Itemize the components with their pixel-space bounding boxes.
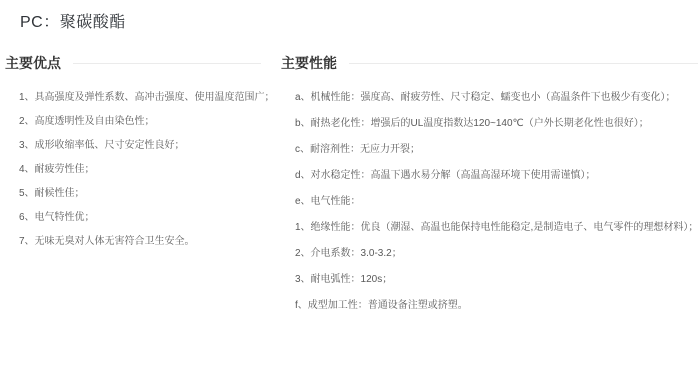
property-item: a、机械性能：强度高、耐疲劳性、尺寸稳定、蠕变也小（高温条件下也极少有变化）； bbox=[295, 92, 700, 104]
advantages-heading: 主要优点 bbox=[5, 53, 61, 73]
page: PC：聚碳酸酯 主要优点 1、具高强度及弹性系数、高冲击强度、使用温度范围广； … bbox=[0, 0, 700, 367]
advantages-list: 1、具高强度及弹性系数、高冲击强度、使用温度范围广； 2、高度透明性及自由染色性… bbox=[5, 92, 263, 248]
advantage-item: 2、高度透明性及自由染色性； bbox=[19, 116, 263, 128]
property-item: f、成型加工性：普通设备注塑或挤塑。 bbox=[295, 300, 700, 312]
advantage-item: 1、具高强度及弹性系数、高冲击强度、使用温度范围广； bbox=[19, 92, 263, 104]
section-divider-line bbox=[73, 63, 261, 64]
property-item: 1、绝缘性能：优良（潮湿、高温也能保持电性能稳定,是制造电子、电气零件的理想材料… bbox=[295, 222, 700, 234]
advantage-item: 3、成形收缩率低、尺寸安定性良好； bbox=[19, 140, 263, 152]
advantage-item: 6、电气特性优； bbox=[19, 212, 263, 224]
property-item: 3、耐电弧性：120s； bbox=[295, 274, 700, 286]
advantages-section: 主要优点 1、具高强度及弹性系数、高冲击强度、使用温度范围广； 2、高度透明性及… bbox=[5, 53, 263, 326]
property-item: d、对水稳定性：高温下遇水易分解（高温高湿环境下使用需谨慎）； bbox=[295, 170, 700, 182]
property-item: b、耐热老化性：增强后的UL温度指数达120~140℃（户外长期老化性也很好）； bbox=[295, 118, 700, 130]
advantage-item: 5、耐候性佳； bbox=[19, 188, 263, 200]
content-columns: 主要优点 1、具高强度及弹性系数、高冲击强度、使用温度范围广； 2、高度透明性及… bbox=[0, 53, 700, 326]
performance-list: a、机械性能：强度高、耐疲劳性、尺寸稳定、蠕变也小（高温条件下也极少有变化）； … bbox=[281, 92, 700, 312]
property-item: 2、介电系数：3.0-3.2； bbox=[295, 248, 700, 260]
advantage-item: 7、无味无臭对人体无害符合卫生安全。 bbox=[19, 236, 263, 248]
performance-heading: 主要性能 bbox=[281, 53, 337, 73]
performance-section: 主要性能 a、机械性能：强度高、耐疲劳性、尺寸稳定、蠕变也小（高温条件下也极少有… bbox=[281, 53, 700, 326]
advantages-header: 主要优点 bbox=[5, 53, 263, 73]
performance-header: 主要性能 bbox=[281, 53, 700, 73]
advantage-item: 4、耐疲劳性佳； bbox=[19, 164, 263, 176]
page-title: PC：聚碳酸酯 bbox=[0, 0, 700, 32]
property-item: e、电气性能： bbox=[295, 196, 700, 208]
property-item: c、耐溶剂性：无应力开裂； bbox=[295, 144, 700, 156]
section-divider-line bbox=[349, 63, 698, 64]
